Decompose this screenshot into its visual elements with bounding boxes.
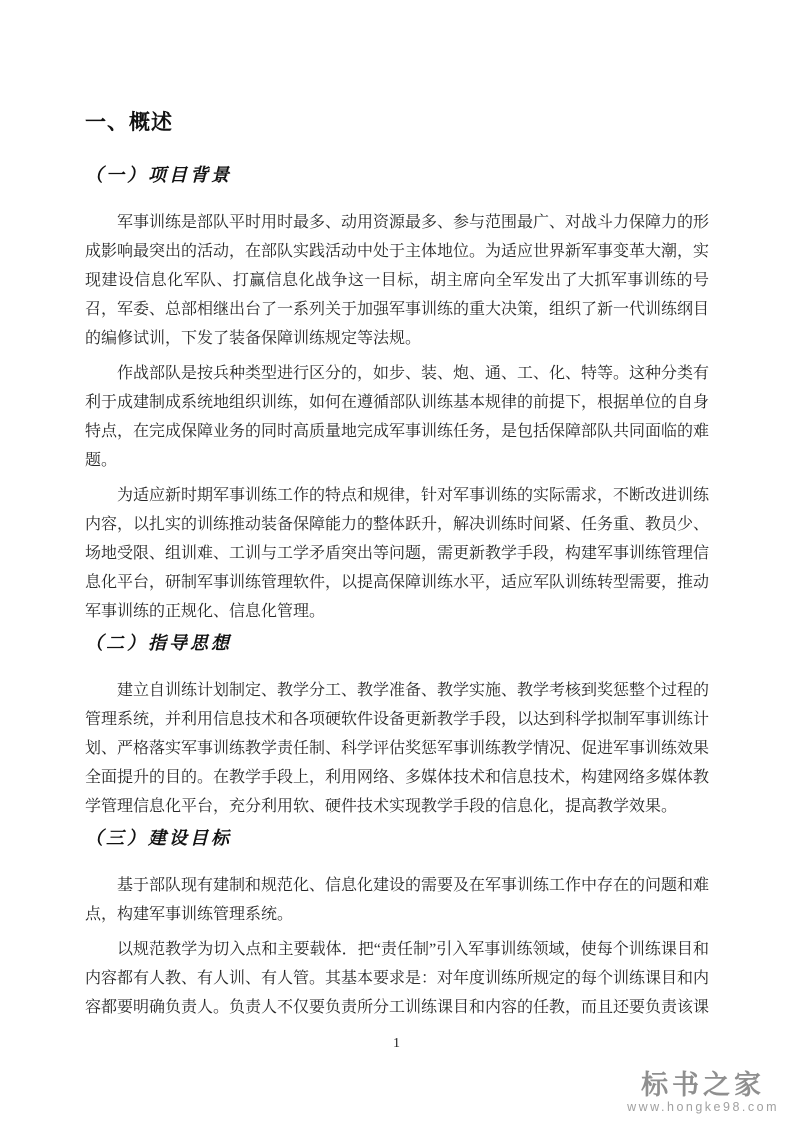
document-title: 一、概述: [85, 110, 709, 136]
paragraph: 作战部队是按兵种类型进行区分的，如步、装、炮、通、工、化、特等。这种分类有利于成…: [85, 359, 709, 475]
paragraph: 为适应新时期军事训练工作的特点和规律，针对军事训练的实际需求，不断改进训练内容，…: [85, 481, 709, 626]
section-heading-project-background: （一）项目背景: [85, 164, 709, 188]
paragraph: 以规范教学为切入点和主要载体．把“责任制”引入军事训练领域，使每个训练课目和内容…: [85, 935, 709, 1022]
section-heading-construction-goals: （三）建设目标: [85, 827, 709, 851]
paragraph: 基于部队现有建制和规范化、信息化建设的需要及在军事训练工作中存在的问题和难点，构…: [85, 871, 709, 929]
section-heading-guiding-ideology: （二）指导思想: [85, 632, 709, 656]
paragraph: 建立自训练计划制定、教学分工、教学准备、教学实施、教学考核到奖惩整个过程的管理系…: [85, 676, 709, 821]
document-page: 一、概述 （一）项目背景 军事训练是部队平时用时最多、动用资源最多、参与范围最广…: [0, 0, 793, 1122]
paragraph: 军事训练是部队平时用时最多、动用资源最多、参与范围最广、对战斗力保障力的形成影响…: [85, 208, 709, 353]
watermark: 标书之家 www.hongke98.com: [627, 1071, 779, 1114]
watermark-url-text: www.hongke98.com: [627, 1100, 779, 1114]
page-number: 1: [0, 1036, 793, 1052]
document-content: 一、概述 （一）项目背景 军事训练是部队平时用时最多、动用资源最多、参与范围最广…: [85, 110, 709, 1028]
watermark-brand-text: 标书之家: [627, 1071, 779, 1099]
